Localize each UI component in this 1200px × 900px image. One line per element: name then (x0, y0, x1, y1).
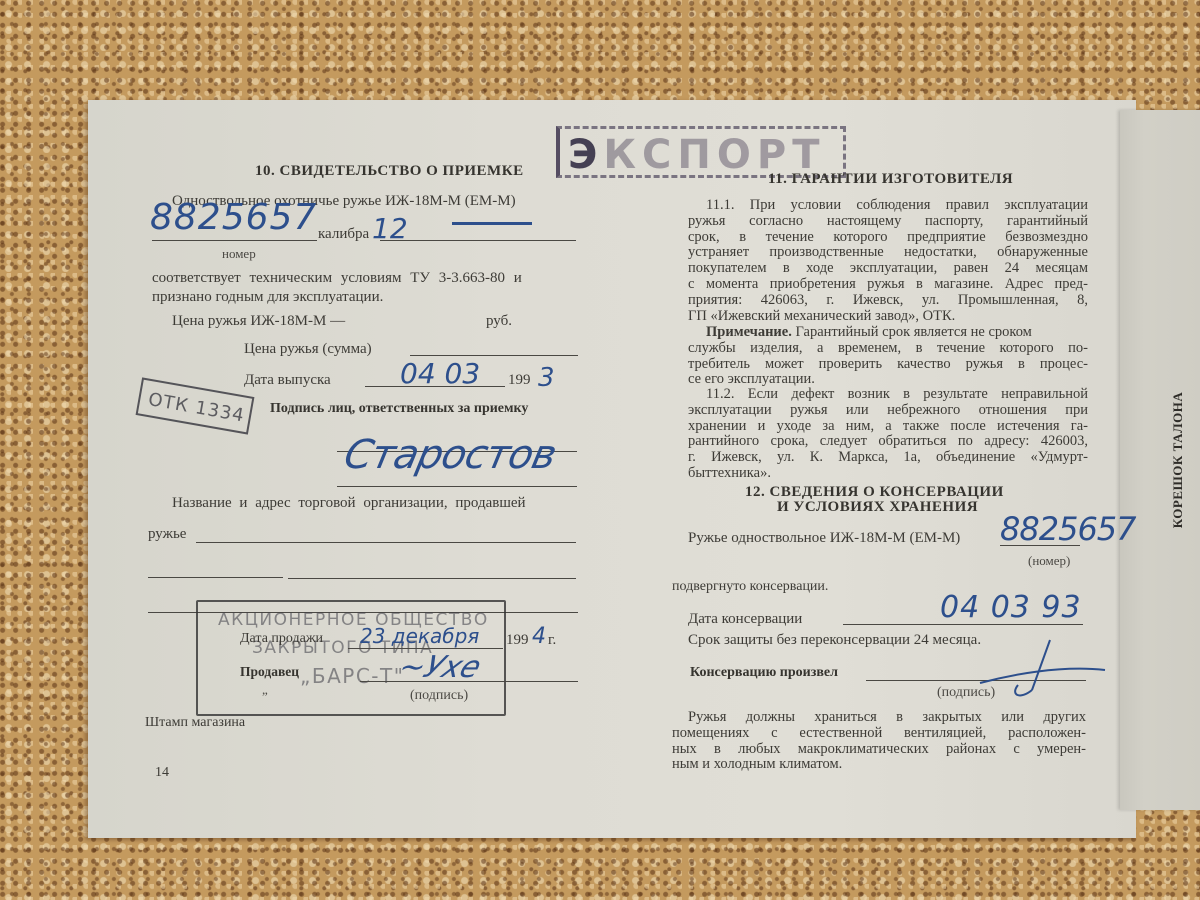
note-label: Примечание. (706, 324, 792, 340)
page-number: 14 (155, 765, 169, 781)
section11-title: 11. ГАРАНТИИ ИЗГОТОВИТЕЛЯ (768, 171, 1013, 188)
preserved-by-signature-caption: (подпись) (937, 685, 995, 701)
p2-line: быттехника». (688, 466, 1088, 482)
section12-title-line-2: И УСЛОВИЯХ ХРАНЕНИЯ (777, 499, 978, 516)
p1-line: ружья согласно настоящему паспорту, гара… (688, 214, 1088, 230)
price-label: Цена ружья ИЖ-18М-М — (172, 313, 345, 330)
seller-label: Продавец (240, 664, 299, 680)
storage-line: помещениях с естественной вентиляцией, р… (672, 726, 1086, 742)
p2-line: эксплуатации ружья или небрежного отноше… (688, 403, 1088, 419)
warranty-note: Примечание. Гарантийный срок является не… (688, 325, 1088, 388)
sale-date-label: Дата продажи (240, 631, 323, 647)
warranty-paragraph-2: 11.2. Если дефект возник в результате не… (688, 387, 1088, 482)
warranty-paragraph-1: 11.1. При условии соблюдения правил эксп… (688, 198, 1088, 324)
caliber-handwritten: 12 (372, 212, 408, 245)
protection-term: Срок защиты без переконсервации 24 месяц… (688, 632, 981, 649)
sale-date-handwritten: 23 декабря (360, 624, 479, 648)
price-currency: руб. (486, 313, 512, 330)
p1-line: с момента приобретения ружья в магазине.… (688, 277, 1088, 293)
note-line: службы изделия, а временем, в течение ко… (688, 341, 1088, 357)
p2-line: хранении и уходе за ним, а также после и… (688, 419, 1088, 435)
coupon-stub (1120, 110, 1200, 810)
storage-line: ным и холодным климатом. (672, 757, 1086, 773)
storage-line: ных в любых макроклиматических районах с… (672, 742, 1086, 758)
seller-signature: ~Ухе (394, 650, 486, 685)
gun-line: Ружье одноствольное ИЖ-18М-М (ЕМ-М) (688, 530, 960, 547)
conformity-line-2: признано годным для эксплуатации. (152, 289, 383, 306)
p1-line: срок, в течение которого предприятие без… (688, 230, 1088, 246)
p1-line: 11.1. При условии соблюдения правил эксп… (688, 198, 1088, 214)
p1-line: покупателем в ходе эксплуатации, равен 2… (688, 261, 1088, 277)
price-sum-label: Цена ружья (сумма) (244, 341, 372, 358)
seller-quote: „ (262, 682, 268, 698)
shop-stamp-line-3: „БАРС-Т" (300, 664, 404, 688)
preservation-date-handwritten: 04 03 93 (940, 590, 1082, 625)
serial-number-handwritten: 8825657 (150, 197, 317, 238)
preservation-date-label: Дата консервации (688, 611, 802, 628)
trade-org-label-2: ружье (148, 526, 186, 543)
serial-number-handwritten-2: 8825657 (1000, 510, 1136, 548)
p2-line: рантийного срока, следует обратиться по … (688, 434, 1088, 450)
section10-title: 10. СВИДЕТЕЛЬСТВО О ПРИЕМКЕ (255, 163, 524, 180)
release-date-label: Дата выпуска (244, 372, 331, 389)
trade-org-label: Название и адрес торговой организации, п… (172, 495, 526, 512)
storage-line: Ружья должны храниться в закрытых или др… (672, 710, 1086, 726)
number-caption-2: (номер) (1028, 553, 1070, 569)
p1-line: устраняет производственные недостатки, о… (688, 245, 1088, 261)
seller-signature-caption: (подпись) (410, 688, 468, 704)
p1-line: ГП «Ижевский механический завод», ОТК. (688, 309, 1088, 325)
sale-year-suffix: 4 (532, 624, 546, 649)
acceptance-signature-label: Подпись лиц, ответственных за приемку (270, 401, 528, 417)
preserved-by-label: Консервацию произвел (690, 665, 838, 681)
release-year-prefix: 199 (508, 372, 531, 389)
number-caption: номер (222, 246, 256, 262)
note-line: требитель может проверить качество ружья… (688, 357, 1088, 373)
preserved-line: подвергнуто консервации. (672, 579, 828, 595)
sale-year-unit: г. (548, 632, 556, 649)
shop-stamp-caption: Штамп магазина (145, 715, 245, 731)
p2-line: 11.2. Если дефект возник в результате не… (688, 387, 1088, 403)
p2-line: г. Ижевск, ул. К. Маркса, 1а, объединени… (688, 450, 1088, 466)
note-line: Гарантийный срок является не сроком (795, 324, 1031, 340)
caliber-label: калибра (318, 226, 369, 243)
acceptance-signature: Старостов (340, 432, 560, 478)
storage-conditions: Ружья должны храниться в закрытых или др… (672, 710, 1086, 773)
conformity-line-1: соответствует техническим условиям ТУ 3-… (152, 270, 522, 287)
sale-year-prefix: 199 (506, 632, 529, 649)
stub-label: КОРЕШОК ТАЛОНА (1170, 392, 1186, 529)
release-year-suffix: 3 (538, 363, 555, 393)
p1-line: приятия: 426063, г. Ижевск, ул. Промышле… (688, 293, 1088, 309)
release-date-handwritten: 04 03 (400, 357, 480, 390)
